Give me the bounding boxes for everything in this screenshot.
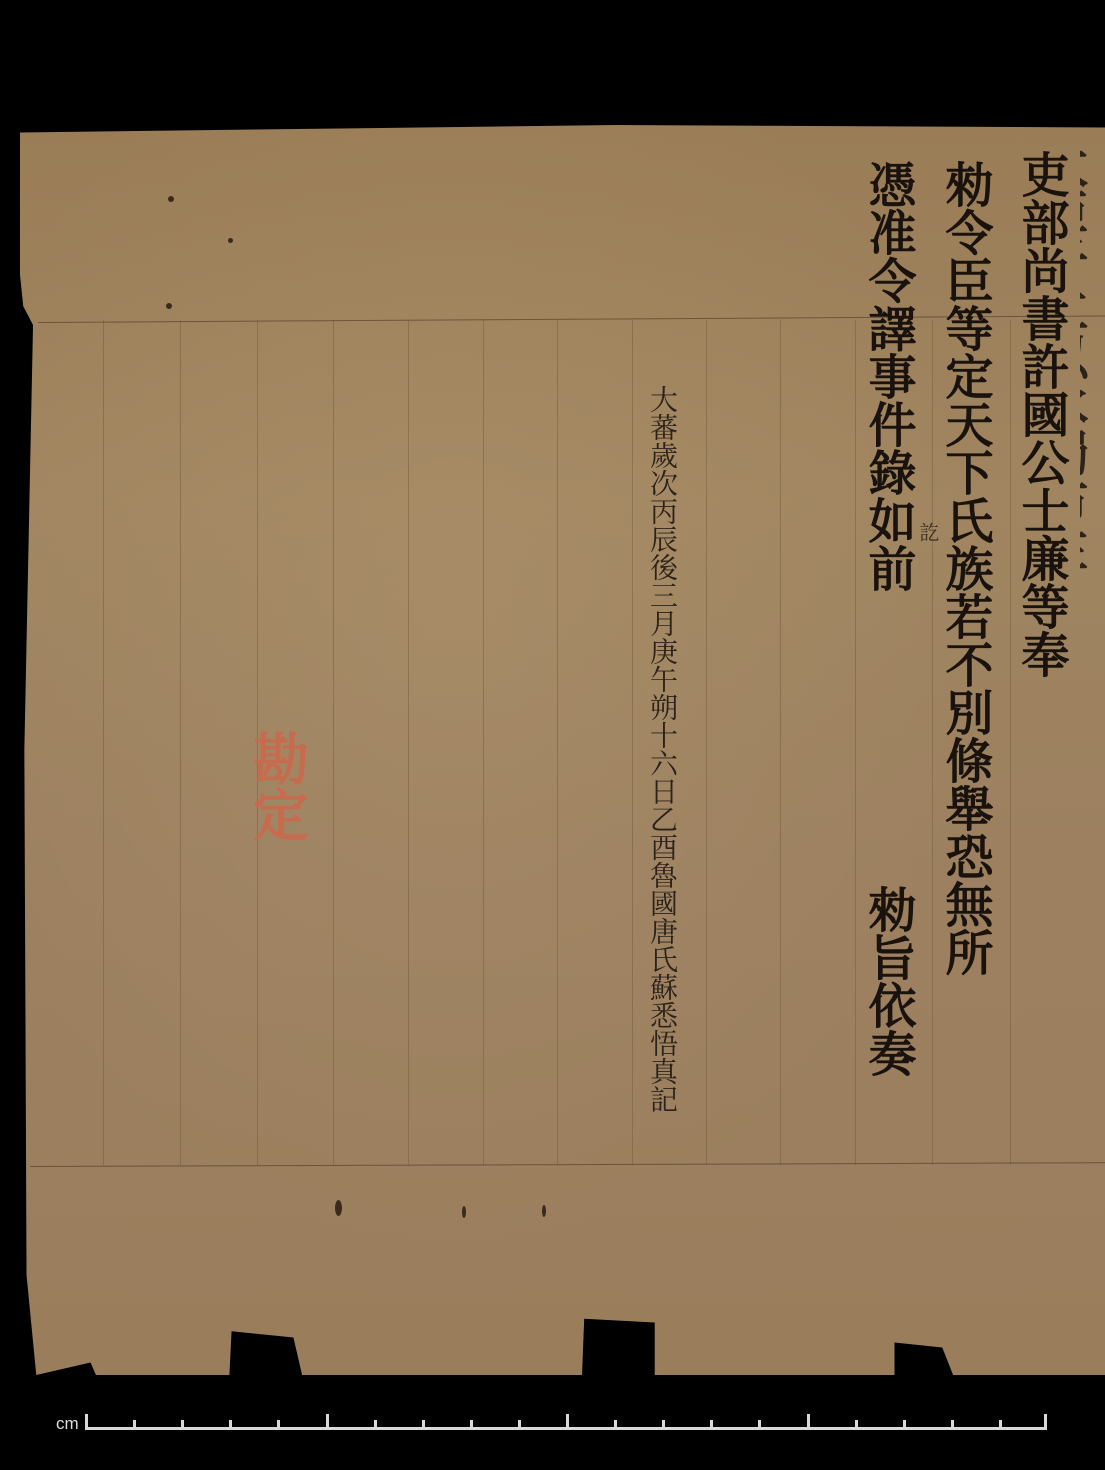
ruler-minor-tick — [277, 1420, 280, 1430]
ruler-minor-tick — [181, 1420, 184, 1430]
ruler-minor-tick — [470, 1420, 473, 1430]
column-rule — [632, 320, 633, 1165]
ink-spot — [462, 1206, 466, 1218]
ruler-major-tick — [326, 1414, 329, 1430]
ruler-major-tick — [1044, 1414, 1047, 1430]
column-rule — [180, 320, 181, 1165]
ruler-major-tick — [85, 1414, 88, 1430]
column-rule — [706, 320, 707, 1165]
ruler-minor-tick — [614, 1420, 617, 1430]
column-rule — [1010, 320, 1011, 1165]
ink-spot — [168, 196, 174, 202]
ruler-minor-tick — [999, 1420, 1002, 1430]
ruler-minor-tick — [133, 1420, 136, 1430]
column-rule — [557, 320, 558, 1165]
ruler-minor-tick — [855, 1420, 858, 1430]
ruler-minor-tick — [710, 1420, 713, 1430]
colophon-column: 大蕃歲次丙辰後三月庚午朔十六日乙酉魯國唐氏蘇悉悟真記 — [645, 385, 679, 1113]
column-rule — [855, 320, 856, 1165]
column-rule — [103, 320, 104, 1165]
text-column-1: 吏部尚書許國公士廉等奉 — [1012, 150, 1070, 678]
text-column-3: 憑准令譯事件錄如前 — [857, 160, 919, 592]
text-column-2: 勑令臣等定天下氏族若不別條舉恐無所 — [935, 160, 995, 976]
column-rule — [333, 320, 334, 1165]
column-rule — [408, 320, 409, 1165]
ruler-minor-tick — [422, 1420, 425, 1430]
ink-spot — [166, 303, 172, 309]
text-column-3-imperial: 勑旨依奏 — [857, 885, 919, 1077]
ink-spot — [542, 1205, 546, 1217]
column-rule — [780, 320, 781, 1165]
ink-spot — [335, 1200, 342, 1216]
red-check-mark: 勘定 — [245, 730, 309, 842]
ruler-major-tick — [807, 1414, 810, 1430]
ruler-minor-tick — [518, 1420, 521, 1430]
ruler-minor-tick — [903, 1420, 906, 1430]
ruler-minor-tick — [758, 1420, 761, 1430]
ink-spot — [228, 238, 233, 243]
partial-edge-column: 太鉅千立以水獨布在… — [1080, 140, 1105, 628]
column-rule — [483, 320, 484, 1165]
ruler-minor-tick — [662, 1420, 665, 1430]
column-rule — [932, 320, 933, 1165]
marginal-note: 訖 — [914, 522, 943, 542]
ruler-minor-tick — [374, 1420, 377, 1430]
ruler-major-tick — [566, 1414, 569, 1430]
ruler-minor-tick — [229, 1420, 232, 1430]
cm-scale-ruler — [85, 1410, 1047, 1430]
ruler-minor-tick — [951, 1420, 954, 1430]
scale-unit-label: cm — [56, 1414, 79, 1434]
